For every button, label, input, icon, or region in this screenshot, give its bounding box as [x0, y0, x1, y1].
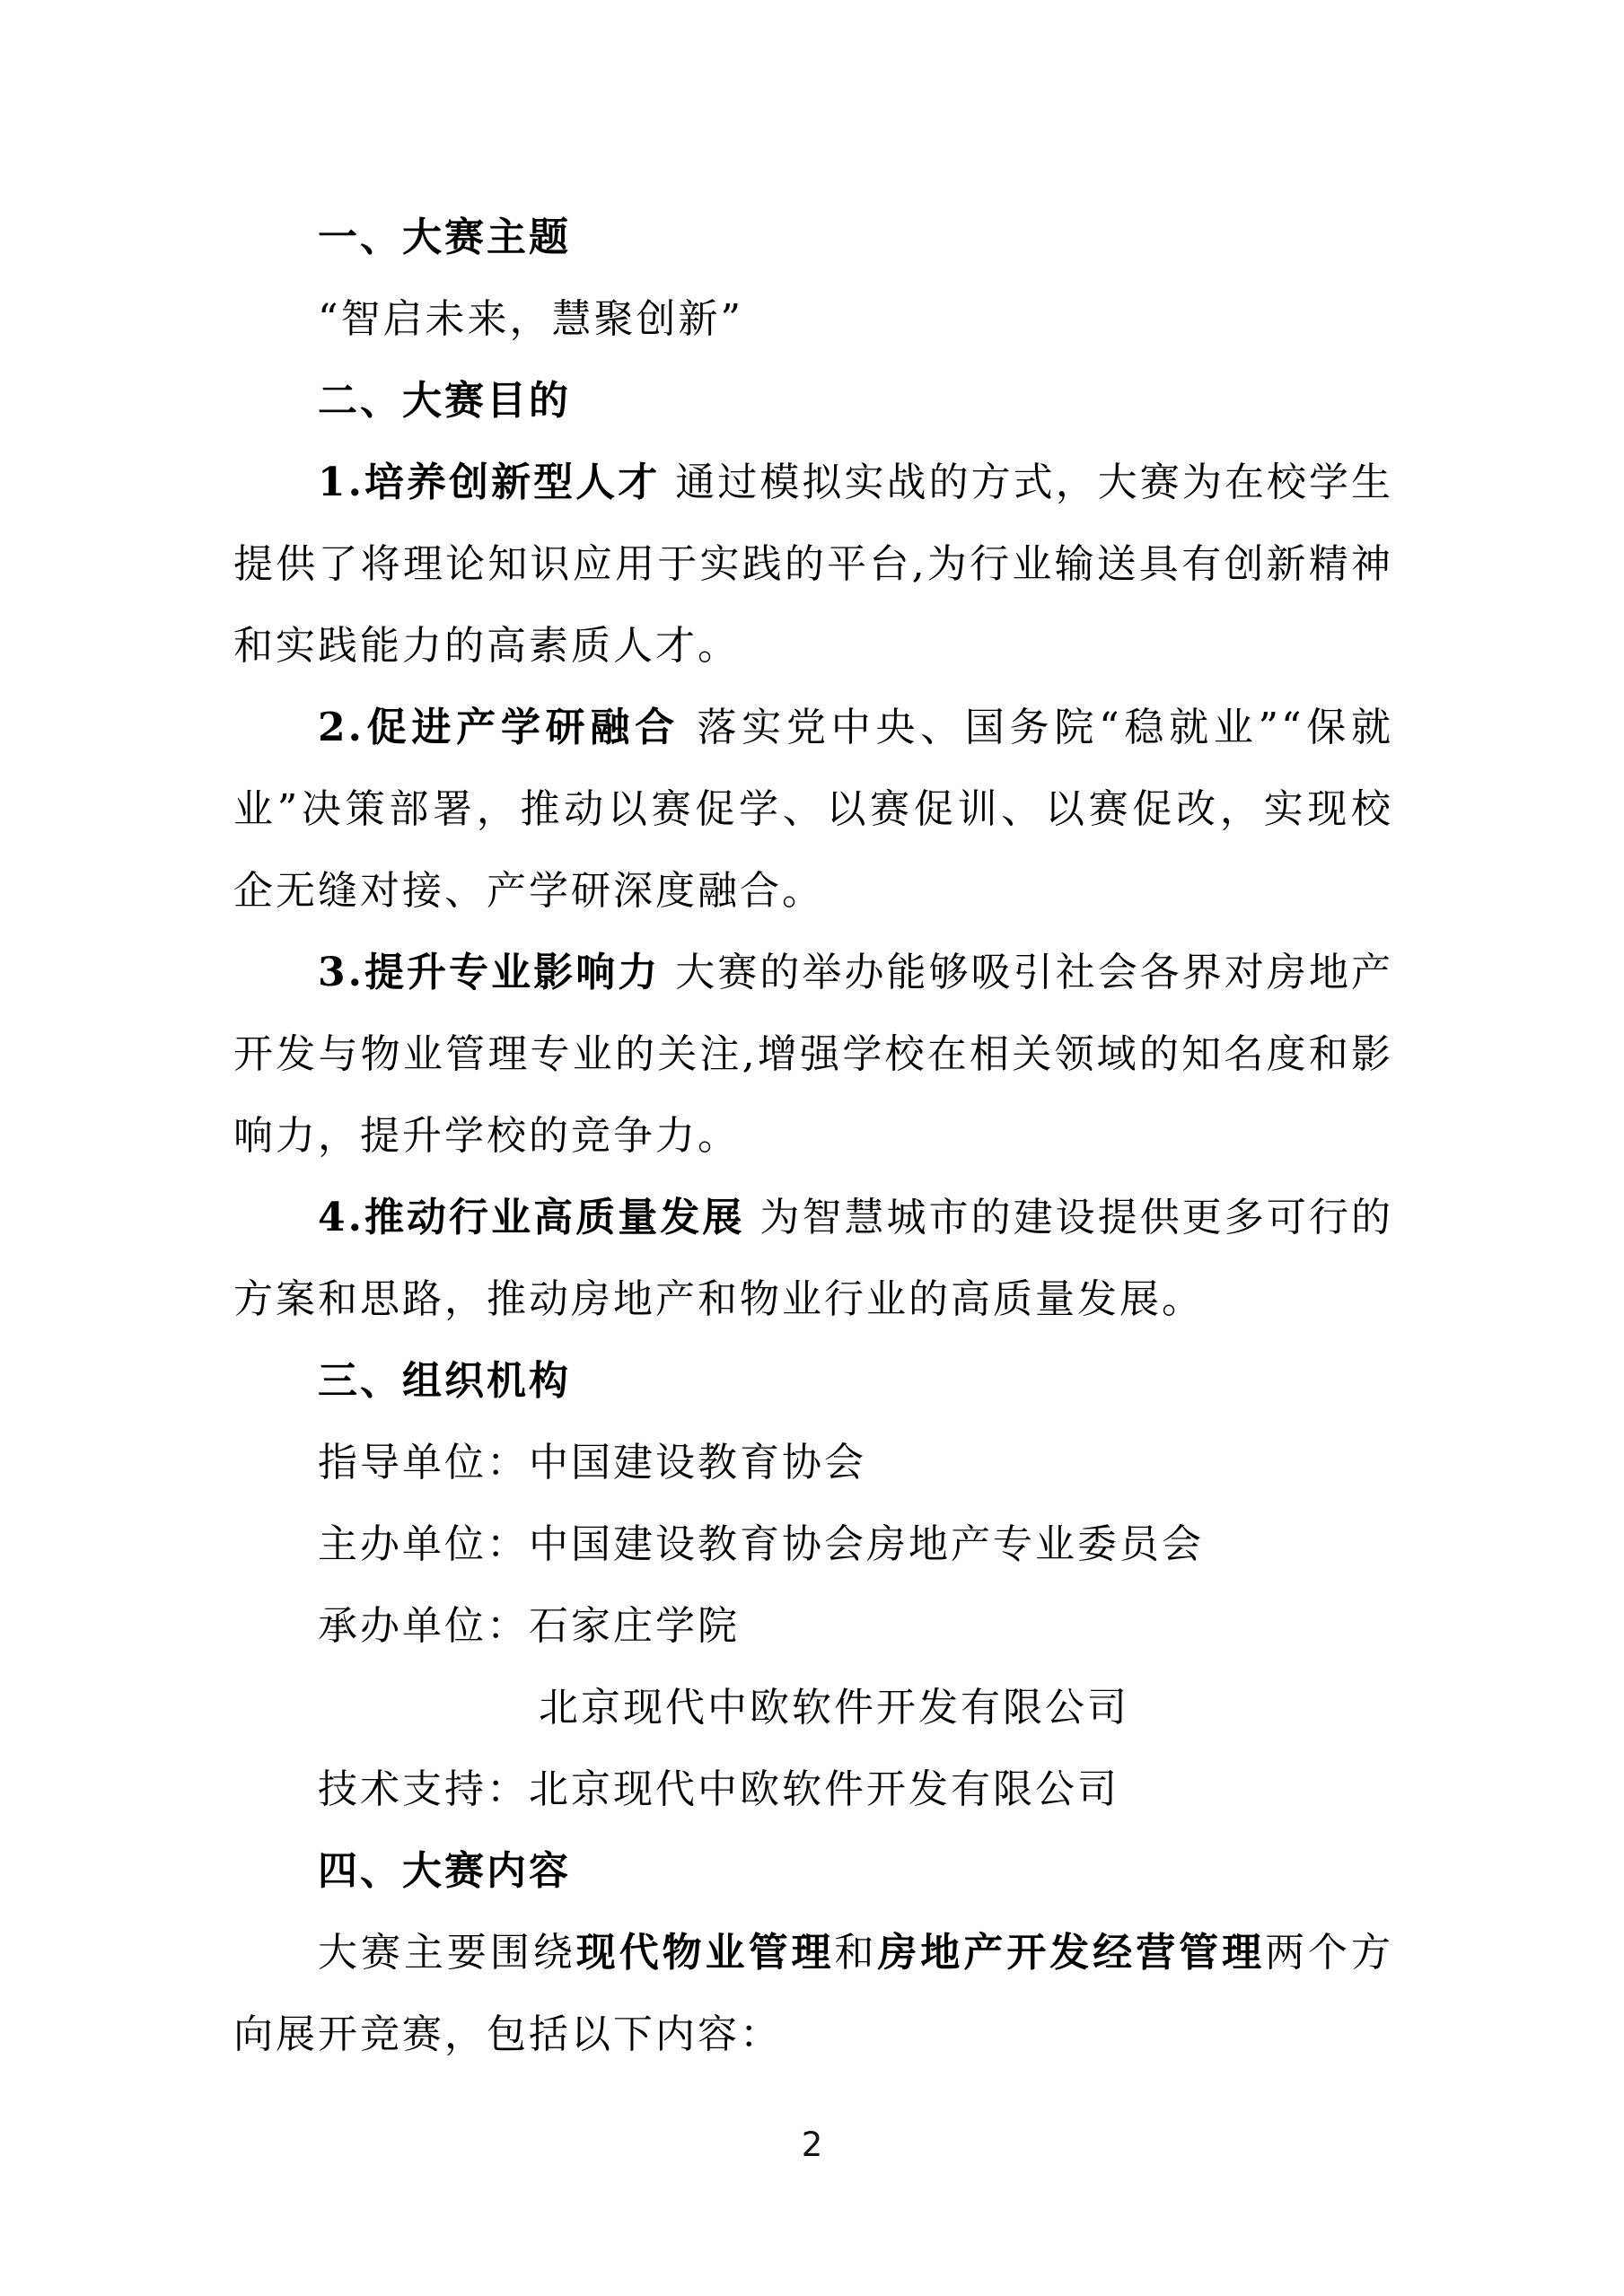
heading-organization-text: 三、组织机构 — [318, 1358, 571, 1404]
paragraph-purpose-4: 4.推动行业高质量发展 为智慧城市的建设提供更多可行的方案和思路，推动房地产和物… — [233, 1177, 1393, 1340]
purpose-2-label: 2.促进产学研融合 — [318, 705, 680, 750]
heading-contest-theme: 一、大赛主题 — [233, 197, 1393, 278]
purpose-1-label: 1.培养创新型人才 — [318, 460, 660, 505]
org-line-undertake: 承办单位：石家庄学院 — [233, 1585, 1393, 1667]
document-page: 一、大赛主题 “智启未来，慧聚创新” 二、大赛目的 1.培养创新型人才 通过模拟… — [0, 0, 1624, 2296]
org-undertake-value-2: 北京现代中欧软件开发有限公司 — [539, 1685, 1129, 1731]
org-host-label: 主办单位： — [318, 1521, 529, 1567]
org-line-host: 主办单位：中国建设教育协会房地产专业委员会 — [233, 1503, 1393, 1585]
org-line-guidance: 指导单位：中国建设教育协会 — [233, 1422, 1393, 1503]
paragraph-purpose-1: 1.培养创新型人才 通过模拟实战的方式，大赛为在校学生提供了将理论知识应用于实践… — [233, 442, 1393, 687]
org-line-undertake-2: 北京现代中欧软件开发有限公司 — [233, 1667, 1393, 1748]
heading-organization: 三、组织机构 — [233, 1340, 1393, 1422]
purpose-3-label: 3.提升专业影响力 — [318, 950, 660, 995]
theme-quote-line: “智启未来，慧聚创新” — [233, 278, 1393, 360]
page-number: 2 — [0, 2125, 1624, 2165]
content-intro-text-2: 和 — [835, 1930, 878, 1976]
org-undertake-label: 承办单位： — [318, 1603, 529, 1649]
org-tech-support-label: 技术支持： — [318, 1766, 529, 1812]
content-intro-text-1: 大赛主要围绕 — [318, 1930, 576, 1976]
content-intro-bold-1: 现代物业管理 — [576, 1930, 835, 1976]
heading-contest-theme-text: 一、大赛主题 — [318, 215, 571, 260]
purpose-4-label: 4.推动行业高质量发展 — [318, 1195, 744, 1240]
document-body: 一、大赛主题 “智启未来，慧聚创新” 二、大赛目的 1.培养创新型人才 通过模拟… — [233, 197, 1393, 2075]
org-guidance-value: 中国建设教育协会 — [529, 1440, 866, 1485]
paragraph-purpose-3: 3.提升专业影响力 大赛的举办能够吸引社会各界对房地产开发与物业管理专业的关注,… — [233, 932, 1393, 1177]
org-guidance-label: 指导单位： — [318, 1440, 529, 1485]
theme-quote-text: “智启未来，慧聚创新” — [318, 296, 743, 342]
org-tech-support-value: 北京现代中欧软件开发有限公司 — [529, 1766, 1119, 1812]
heading-contest-purpose-text: 二、大赛目的 — [318, 378, 571, 424]
org-host-value: 中国建设教育协会房地产专业委员会 — [529, 1521, 1204, 1567]
content-intro-bold-2: 房地产开发经营管理 — [877, 1930, 1265, 1976]
paragraph-content-intro: 大赛主要围绕现代物业管理和房地产开发经营管理两个方向展开竞赛，包括以下内容： — [233, 1912, 1393, 2075]
org-line-tech-support: 技术支持：北京现代中欧软件开发有限公司 — [233, 1748, 1393, 1830]
heading-contest-content-text: 四、大赛内容 — [318, 1848, 571, 1894]
paragraph-purpose-2: 2.促进产学研融合 落实党中央、国务院“稳就业”“保就业”决策部署，推动以赛促学… — [233, 687, 1393, 932]
heading-contest-purpose: 二、大赛目的 — [233, 360, 1393, 442]
heading-contest-content: 四、大赛内容 — [233, 1830, 1393, 1912]
org-undertake-value: 石家庄学院 — [529, 1603, 740, 1649]
